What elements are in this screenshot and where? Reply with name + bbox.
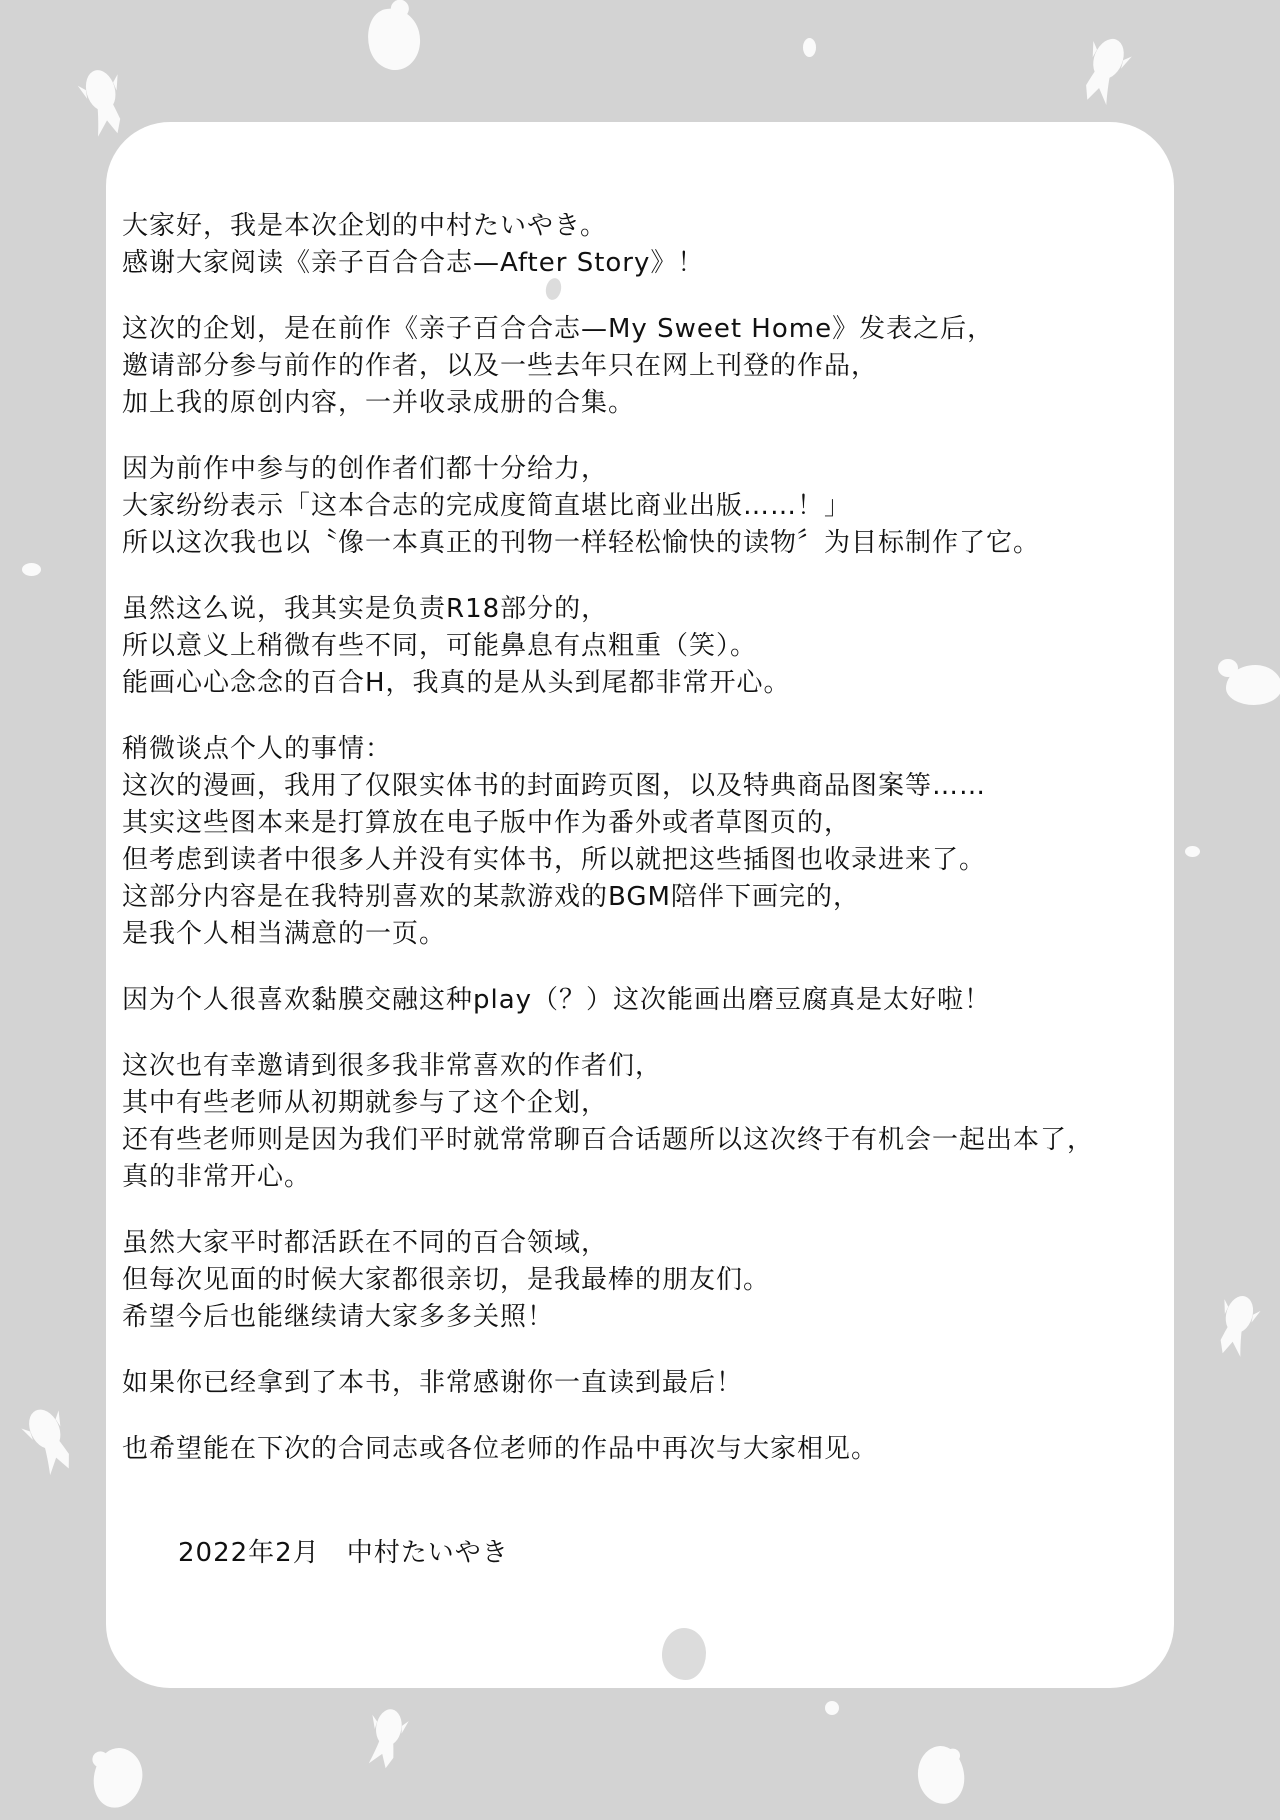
- text-line: 但每次见面的时候大家都很亲切，是我最棒的朋友们。: [122, 1262, 1162, 1299]
- text-line: 邀请部分参与前作的作者，以及一些去年只在网上刊登的作品，: [122, 348, 1162, 385]
- text-line: 感谢大家阅读《亲子百合合志—After Story》！: [122, 245, 1162, 282]
- text-line: 但考虑到读者中很多人并没有实体书，所以就把这些插图也收录进来了。: [122, 842, 1162, 879]
- page-card: 大家好，我是本次企划的中村たいやき。感谢大家阅读《亲子百合合志—After St…: [106, 122, 1174, 1688]
- text-line: 这次也有幸邀请到很多我非常喜欢的作者们，: [122, 1048, 1162, 1085]
- blob-decoration: [90, 1745, 146, 1811]
- text-line: 这次的企划，是在前作《亲子百合合志—My Sweet Home》发表之后，: [122, 311, 1162, 348]
- taiyaki-icon: [69, 60, 139, 144]
- text-line: 稍微谈点个人的事情：: [122, 731, 1162, 768]
- taiyaki-icon: [11, 1396, 89, 1484]
- signature-line: 2022年2月 中村たいやき: [122, 1535, 1162, 1572]
- text-line: 大家纷纷表示「这本合志的完成度简直堪比商业出版……！」: [122, 488, 1162, 525]
- text-line: 如果你已经拿到了本书，非常感谢你一直读到最后！: [122, 1365, 1162, 1402]
- text-line: 能画心心念念的百合H，我真的是从头到尾都非常开心。: [122, 665, 1162, 702]
- dot-decoration: [803, 38, 816, 57]
- paragraph: 如果你已经拿到了本书，非常感谢你一直读到最后！: [122, 1365, 1162, 1402]
- text-line: 因为前作中参与的创作者们都十分给力，: [122, 451, 1162, 488]
- paragraph: 因为前作中参与的创作者们都十分给力，大家纷纷表示「这本合志的完成度简直堪比商业出…: [122, 451, 1162, 562]
- text-line: 希望今后也能继续请大家多多关照！: [122, 1299, 1162, 1336]
- paragraph: 因为个人很喜欢黏膜交融这种play（？）这次能画出磨豆腐真是太好啦！: [122, 982, 1162, 1019]
- text-line: 所以意义上稍微有些不同，可能鼻息有点粗重（笑）。: [122, 628, 1162, 665]
- text-line: 还有些老师则是因为我们平时就常常聊百合话题所以这次终于有机会一起出本了，: [122, 1122, 1162, 1159]
- text-line: 虽然大家平时都活跃在不同的百合领域，: [122, 1225, 1162, 1262]
- text-line: 大家好，我是本次企划的中村たいやき。: [122, 208, 1162, 245]
- blob-decoration: [1226, 665, 1280, 705]
- dot-decoration: [22, 563, 41, 576]
- dot-decoration: [825, 1701, 839, 1715]
- taiyaki-icon: [1066, 27, 1141, 113]
- dot-decoration: [1185, 846, 1200, 857]
- paragraph: 虽然大家平时都活跃在不同的百合领域，但每次见面的时候大家都很亲切，是我最棒的朋友…: [122, 1225, 1162, 1336]
- paragraph: 这次的企划，是在前作《亲子百合合志—My Sweet Home》发表之后，邀请部…: [122, 311, 1162, 422]
- blob-decoration: [361, 3, 426, 76]
- text-line: 这次的漫画，我用了仅限实体书的封面跨页图，以及特典商品图案等……: [122, 768, 1162, 805]
- text-line: 这部分内容是在我特别喜欢的某款游戏的BGM陪伴下画完的，: [122, 879, 1162, 916]
- afterword-text: 大家好，我是本次企划的中村たいやき。感谢大家阅读《亲子百合合志—After St…: [122, 208, 1162, 1572]
- text-line: 真的非常开心。: [122, 1159, 1162, 1196]
- paragraph: 稍微谈点个人的事情：这次的漫画，我用了仅限实体书的封面跨页图，以及特典商品图案等…: [122, 731, 1162, 953]
- text-line: 所以这次我也以〝像一本真正的刊物一样轻松愉快的读物〞为目标制作了它。: [122, 525, 1162, 562]
- text-line: 是我个人相当满意的一页。: [122, 916, 1162, 953]
- blob-decoration: [915, 1744, 967, 1806]
- text-line: 其中有些老师从初期就参与了这个企划，: [122, 1085, 1162, 1122]
- text-line: 虽然这么说，我其实是负责R18部分的，: [122, 591, 1162, 628]
- text-line: 其实这些图本来是打算放在电子版中作为番外或者草图页的，: [122, 805, 1162, 842]
- paragraph: 也希望能在下次的合同志或各位老师的作品中再次与大家相见。: [122, 1431, 1162, 1468]
- taiyaki-icon: [1203, 1286, 1269, 1364]
- blob-decoration: [662, 1628, 706, 1680]
- paragraph: 这次也有幸邀请到很多我非常喜欢的作者们，其中有些老师从初期就参与了这个企划，还有…: [122, 1048, 1162, 1196]
- afterword-body: 大家好，我是本次企划的中村たいやき。感谢大家阅读《亲子百合合志—After St…: [122, 208, 1162, 1468]
- afterword-page: { "page": { "background_color": "#d3d3d3…: [0, 0, 1280, 1820]
- text-line: 也希望能在下次的合同志或各位老师的作品中再次与大家相见。: [122, 1431, 1162, 1468]
- paragraph: 大家好，我是本次企划的中村たいやき。感谢大家阅读《亲子百合合志—After St…: [122, 208, 1162, 282]
- text-line: 加上我的原创内容，一并收录成册的合集。: [122, 385, 1162, 422]
- paragraph: 虽然这么说，我其实是负责R18部分的，所以意义上稍微有些不同，可能鼻息有点粗重（…: [122, 591, 1162, 702]
- text-line: 因为个人很喜欢黏膜交融这种play（？）这次能画出磨豆腐真是太好啦！: [122, 982, 1162, 1019]
- taiyaki-icon: [359, 1702, 415, 1773]
